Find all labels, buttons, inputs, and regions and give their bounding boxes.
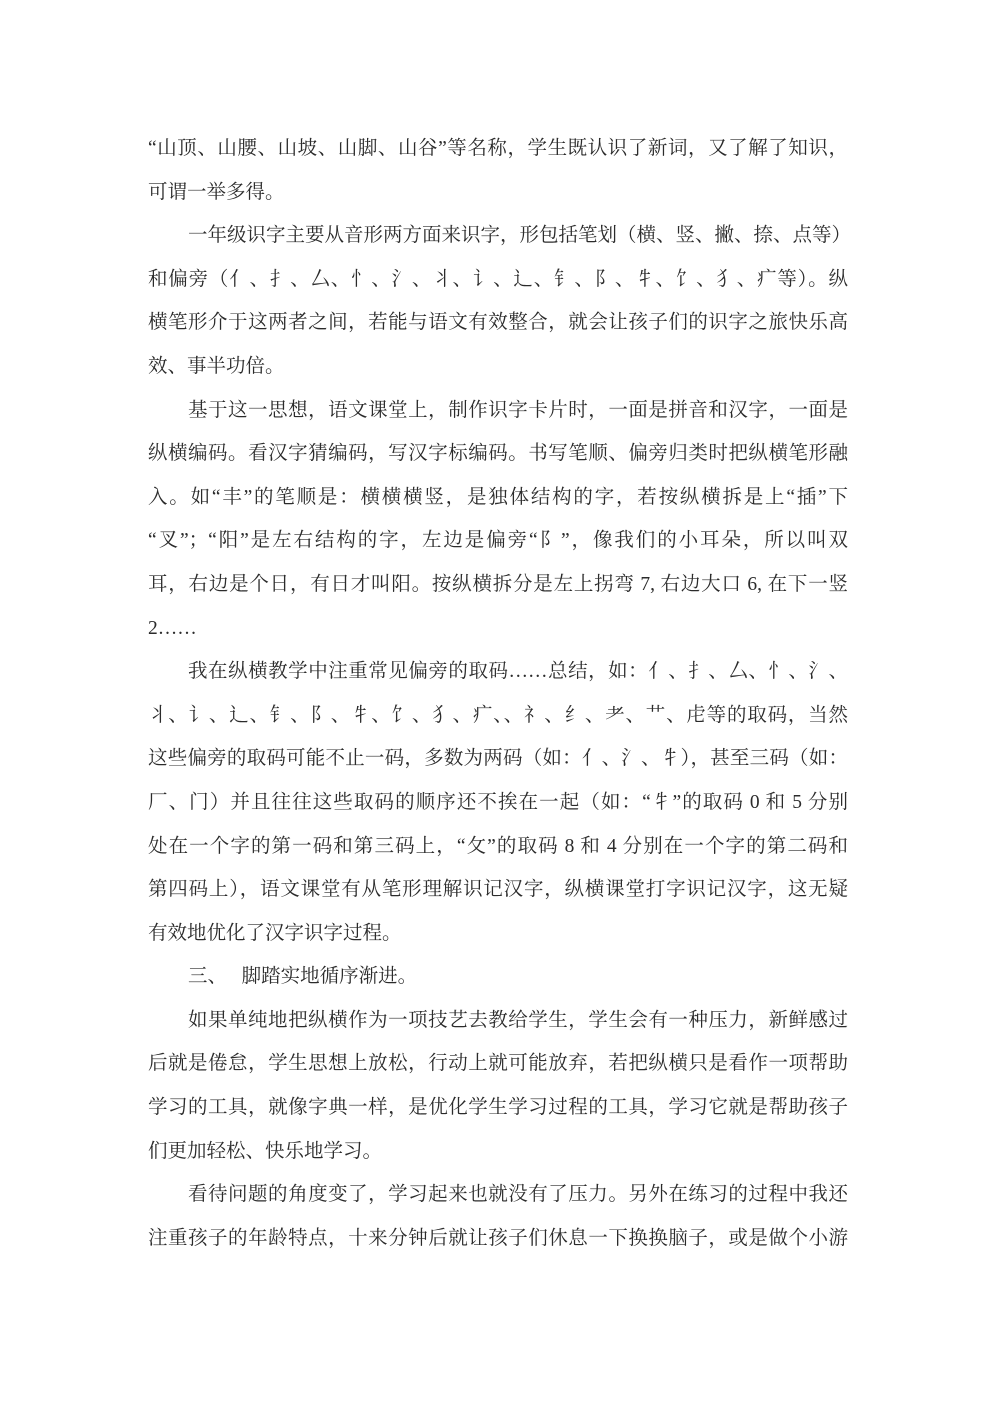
text-line: 处在一个字的第一码和第三码上，“攵”的取码 8 和 4 分别在一个字的第二码和 — [148, 825, 848, 869]
text-line: 如果单纯地把纵横作为一项技艺去教给学生，学生会有一种压力，新鲜感过 — [148, 999, 848, 1043]
text-line: 们更加轻松、快乐地学习。 — [148, 1130, 848, 1174]
text-line: 看待问题的角度变了，学习起来也就没有了压力。另外在练习的过程中我还 — [148, 1173, 848, 1217]
text-line: 三、 脚踏实地循序渐进。 — [148, 955, 848, 999]
text-line: 纵横编码。看汉字猜编码，写汉字标编码。书写笔顺、偏旁归类时把纵横笔形融 — [148, 432, 848, 476]
text-line: 这些偏旁的取码可能不止一码，多数为两码（如：亻、氵、牜），甚至三码（如： — [148, 737, 848, 781]
text-line: “山顶、山腰、山坡、山脚、山谷”等名称，学生既认识了新词，又了解了知识， — [148, 127, 848, 171]
document-page: “山顶、山腰、山坡、山脚、山谷”等名称，学生既认识了新词，又了解了知识，可谓一举… — [0, 0, 992, 1403]
text-line: 后就是倦怠，学生思想上放松，行动上就可能放弃，若把纵横只是看作一项帮助 — [148, 1042, 848, 1086]
text-line: 和偏旁（亻、扌、厶、忄、氵、丬、讠、辶、钅、阝、牜、饣、犭、疒等）。纵 — [148, 258, 848, 302]
text-line: 有效地优化了汉字识字过程。 — [148, 912, 848, 956]
text-line: 横笔形介于这两者之间，若能与语文有效整合，就会让孩子们的识字之旅快乐高 — [148, 301, 848, 345]
text-line: 入。如“丰”的笔顺是：横横横竖，是独体结构的字，若按纵横拆是上“插”下 — [148, 476, 848, 520]
document-body: “山顶、山腰、山坡、山脚、山谷”等名称，学生既认识了新词，又了解了知识，可谓一举… — [0, 0, 992, 1260]
text-line: 注重孩子的年龄特点，十来分钟后就让孩子们休息一下换换脑子，或是做个小游 — [148, 1217, 848, 1261]
text-line: 第四码上），语文课堂有从笔形理解识记汉字，纵横课堂打字识记汉字，这无疑 — [148, 868, 848, 912]
text-line: 可谓一举多得。 — [148, 171, 848, 215]
text-line: 厂、门）并且往往这些取码的顺序还不挨在一起（如：“牜”的取码 0 和 5 分别 — [148, 781, 848, 825]
text-line: 耳，右边是个日，有日才叫阳。按纵横拆分是左上拐弯 7, 右边大口 6, 在下一竖 — [148, 563, 848, 607]
text-line: 一年级识字主要从音形两方面来识字，形包括笔划（横、竖、撇、捺、点等） — [148, 214, 848, 258]
text-line: “叉”；“阳”是左右结构的字，左边是偏旁“阝”，像我们的小耳朵，所以叫双 — [148, 519, 848, 563]
text-line: 基于这一思想，语文课堂上，制作识字卡片时，一面是拼音和汉字，一面是 — [148, 389, 848, 433]
text-line: 2…… — [148, 607, 848, 651]
text-line: 学习的工具，就像字典一样，是优化学生学习过程的工具，学习它就是帮助孩子 — [148, 1086, 848, 1130]
text-line: 效、事半功倍。 — [148, 345, 848, 389]
text-line: 丬、讠、辶、钅、阝、牜、饣、犭、疒、、礻、纟、耂、艹、虍等的取码，当然 — [148, 694, 848, 738]
text-line: 我在纵横教学中注重常见偏旁的取码……总结，如：亻、扌、厶、忄、氵、 — [148, 650, 848, 694]
